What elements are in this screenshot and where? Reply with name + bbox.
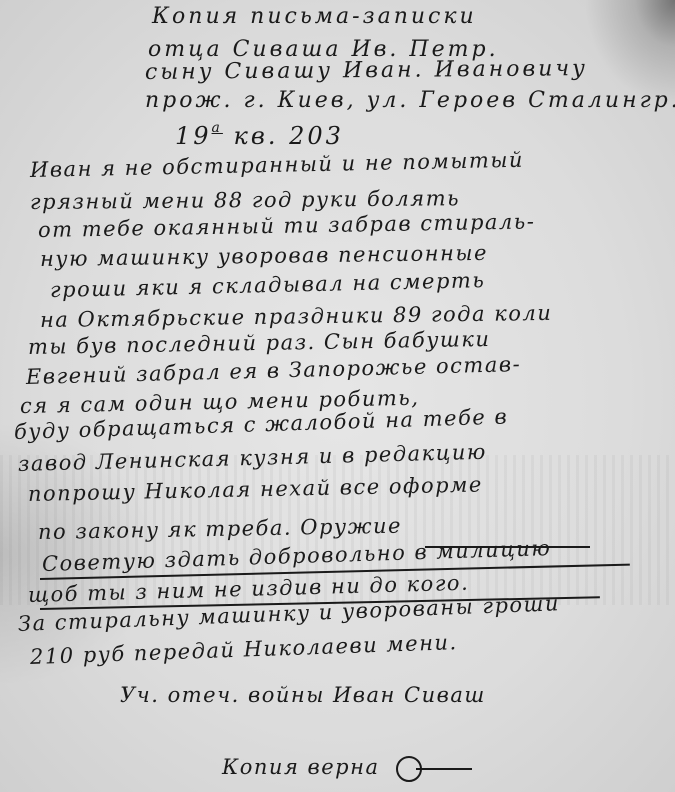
letter-page: Копия письма-записки отца Сиваша Ив. Пет… <box>0 0 675 792</box>
certification-line: Копия верна <box>222 755 472 782</box>
body-line: попрошу Николая нехай все оформе <box>28 472 483 506</box>
signature-flourish-icon <box>416 768 472 770</box>
body-line: Иван я не обстиранный и не помытый <box>30 148 524 182</box>
header-title: Копия письма-записки <box>152 4 477 29</box>
body-line: от тебе окаянный ти забрав стираль- <box>38 209 536 242</box>
signature-text: Уч. отеч. войны Иван Сиваш <box>120 683 486 707</box>
body-line: по закону як треба. Оружие <box>38 514 402 544</box>
certification-text: Копия верна <box>222 755 379 779</box>
header-to: сыну Сивашу Иван. Ивановичу <box>145 56 588 85</box>
body-line: грязный мени 88 год руки болять <box>30 186 460 214</box>
body-line: 210 руб передай Николаеви мени. <box>30 630 458 669</box>
body-line: ную машинку уворовав пенсионные <box>40 241 488 271</box>
apartment-number: кв. 203 <box>223 122 344 150</box>
house-number: 19 <box>175 122 212 150</box>
body-line: завод Ленинская кузня и в редакцию <box>18 440 487 476</box>
house-letter: а <box>212 120 223 136</box>
header-apartment: 19а кв. 203 <box>175 120 344 150</box>
underline-mark <box>425 546 590 548</box>
signature-line: Уч. отеч. войны Иван Сиваш <box>120 683 486 707</box>
body-line: гроши яки я складывал на смерть <box>50 268 486 302</box>
header-address: прож. г. Киев, ул. Героев Сталингр. <box>145 88 675 113</box>
